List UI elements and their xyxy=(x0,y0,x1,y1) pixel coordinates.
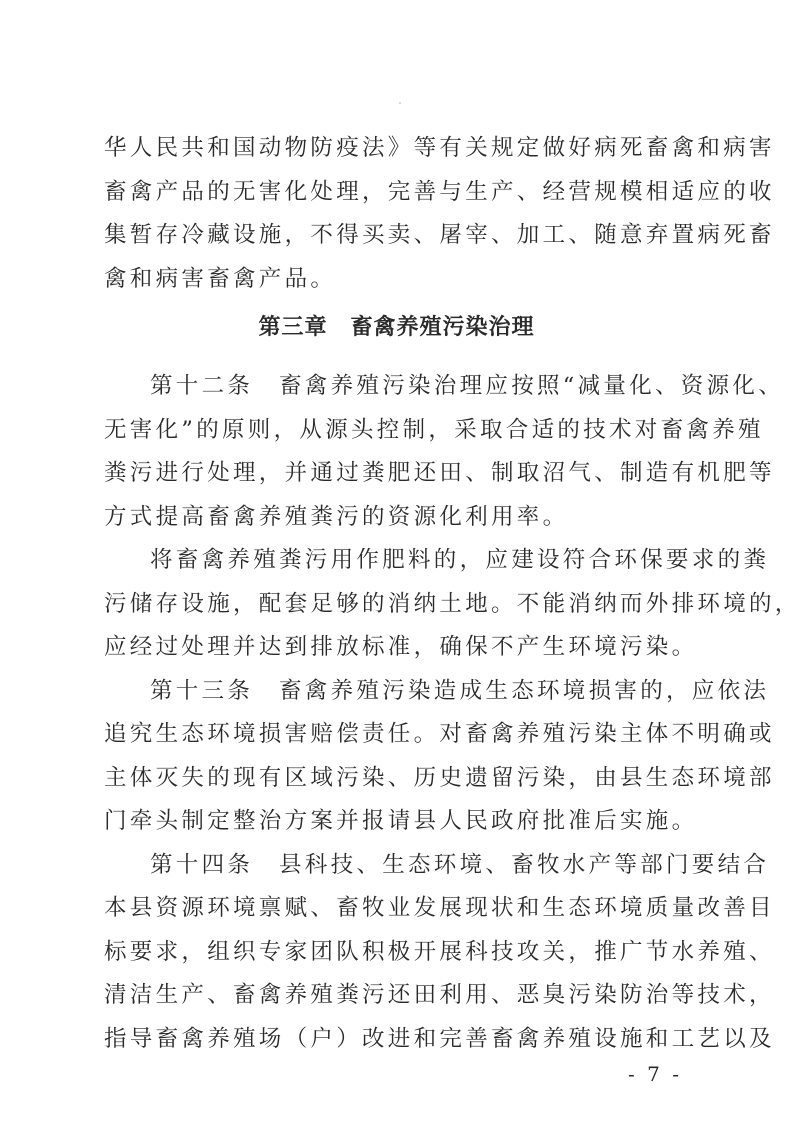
paragraph-line: 应经过处理并达到排放标准，确保不产生环境污染。 xyxy=(104,633,704,661)
paragraph-line: 指导畜禽养殖场（户）改进和完善畜禽养殖设施和工艺以及 xyxy=(104,1025,704,1053)
paragraph-line: 无害化”的原则，从源头控制，采取合适的技术对畜禽养殖 xyxy=(104,416,704,444)
article-14-line: 第十四条 县科技、生态环境、畜牧水产等部门要结合 xyxy=(150,851,704,879)
paragraph-line: 本县资源环境禀赋、畜牧业发展现状和生态环境质量改善目 xyxy=(104,894,704,922)
paragraph-line: 华人民共和国动物防疫法》等有关规定做好病死畜禽和病害 xyxy=(104,134,704,162)
paragraph-line: 粪污进行处理，并通过粪肥还田、制取沼气、制造有机肥等 xyxy=(104,459,704,487)
paragraph-line: 门牵头制定整治方案并报请县人民政府批准后实施。 xyxy=(104,807,704,835)
page-number: - 7 - xyxy=(628,1062,682,1086)
article-13-line: 第十三条 畜禽养殖污染造成生态环境损害的，应依法 xyxy=(150,677,704,705)
paragraph-line: 将畜禽养殖粪污用作肥料的，应建设符合环保要求的粪 xyxy=(150,546,704,574)
article-12-line: 第十二条 畜禽养殖污染治理应按照“减量化、资源化、 xyxy=(150,372,704,400)
paragraph-line: 方式提高畜禽养殖粪污的资源化利用率。 xyxy=(104,503,704,531)
paragraph-line: 标要求，组织专家团队积极开展科技攻关，推广节水养殖、 xyxy=(104,938,704,966)
paragraph-line: 禽和病害畜禽产品。 xyxy=(104,265,704,293)
paragraph-line: 清洁生产、畜禽养殖粪污还田利用、恶臭污染防治等技术， xyxy=(104,981,704,1009)
paragraph-line: 畜禽产品的无害化处理，完善与生产、经营规模相适应的收 xyxy=(104,178,704,206)
paragraph-line: 集暂存冷藏设施，不得买卖、屠宰、加工、随意弃置病死畜 xyxy=(104,221,704,249)
chapter-title: 第三章 畜禽养殖污染治理 xyxy=(0,314,793,342)
paragraph-line: 主体灭失的现有区域污染、历史遗留污染，由县生态环境部 xyxy=(104,764,704,792)
paragraph-line: 追究生态环境损害赔偿责任。对畜禽养殖污染主体不明确或 xyxy=(104,720,704,748)
paragraph-line: 污储存设施，配套足够的消纳土地。不能消纳而外排环境的， xyxy=(104,590,704,618)
scan-speck xyxy=(399,102,401,104)
